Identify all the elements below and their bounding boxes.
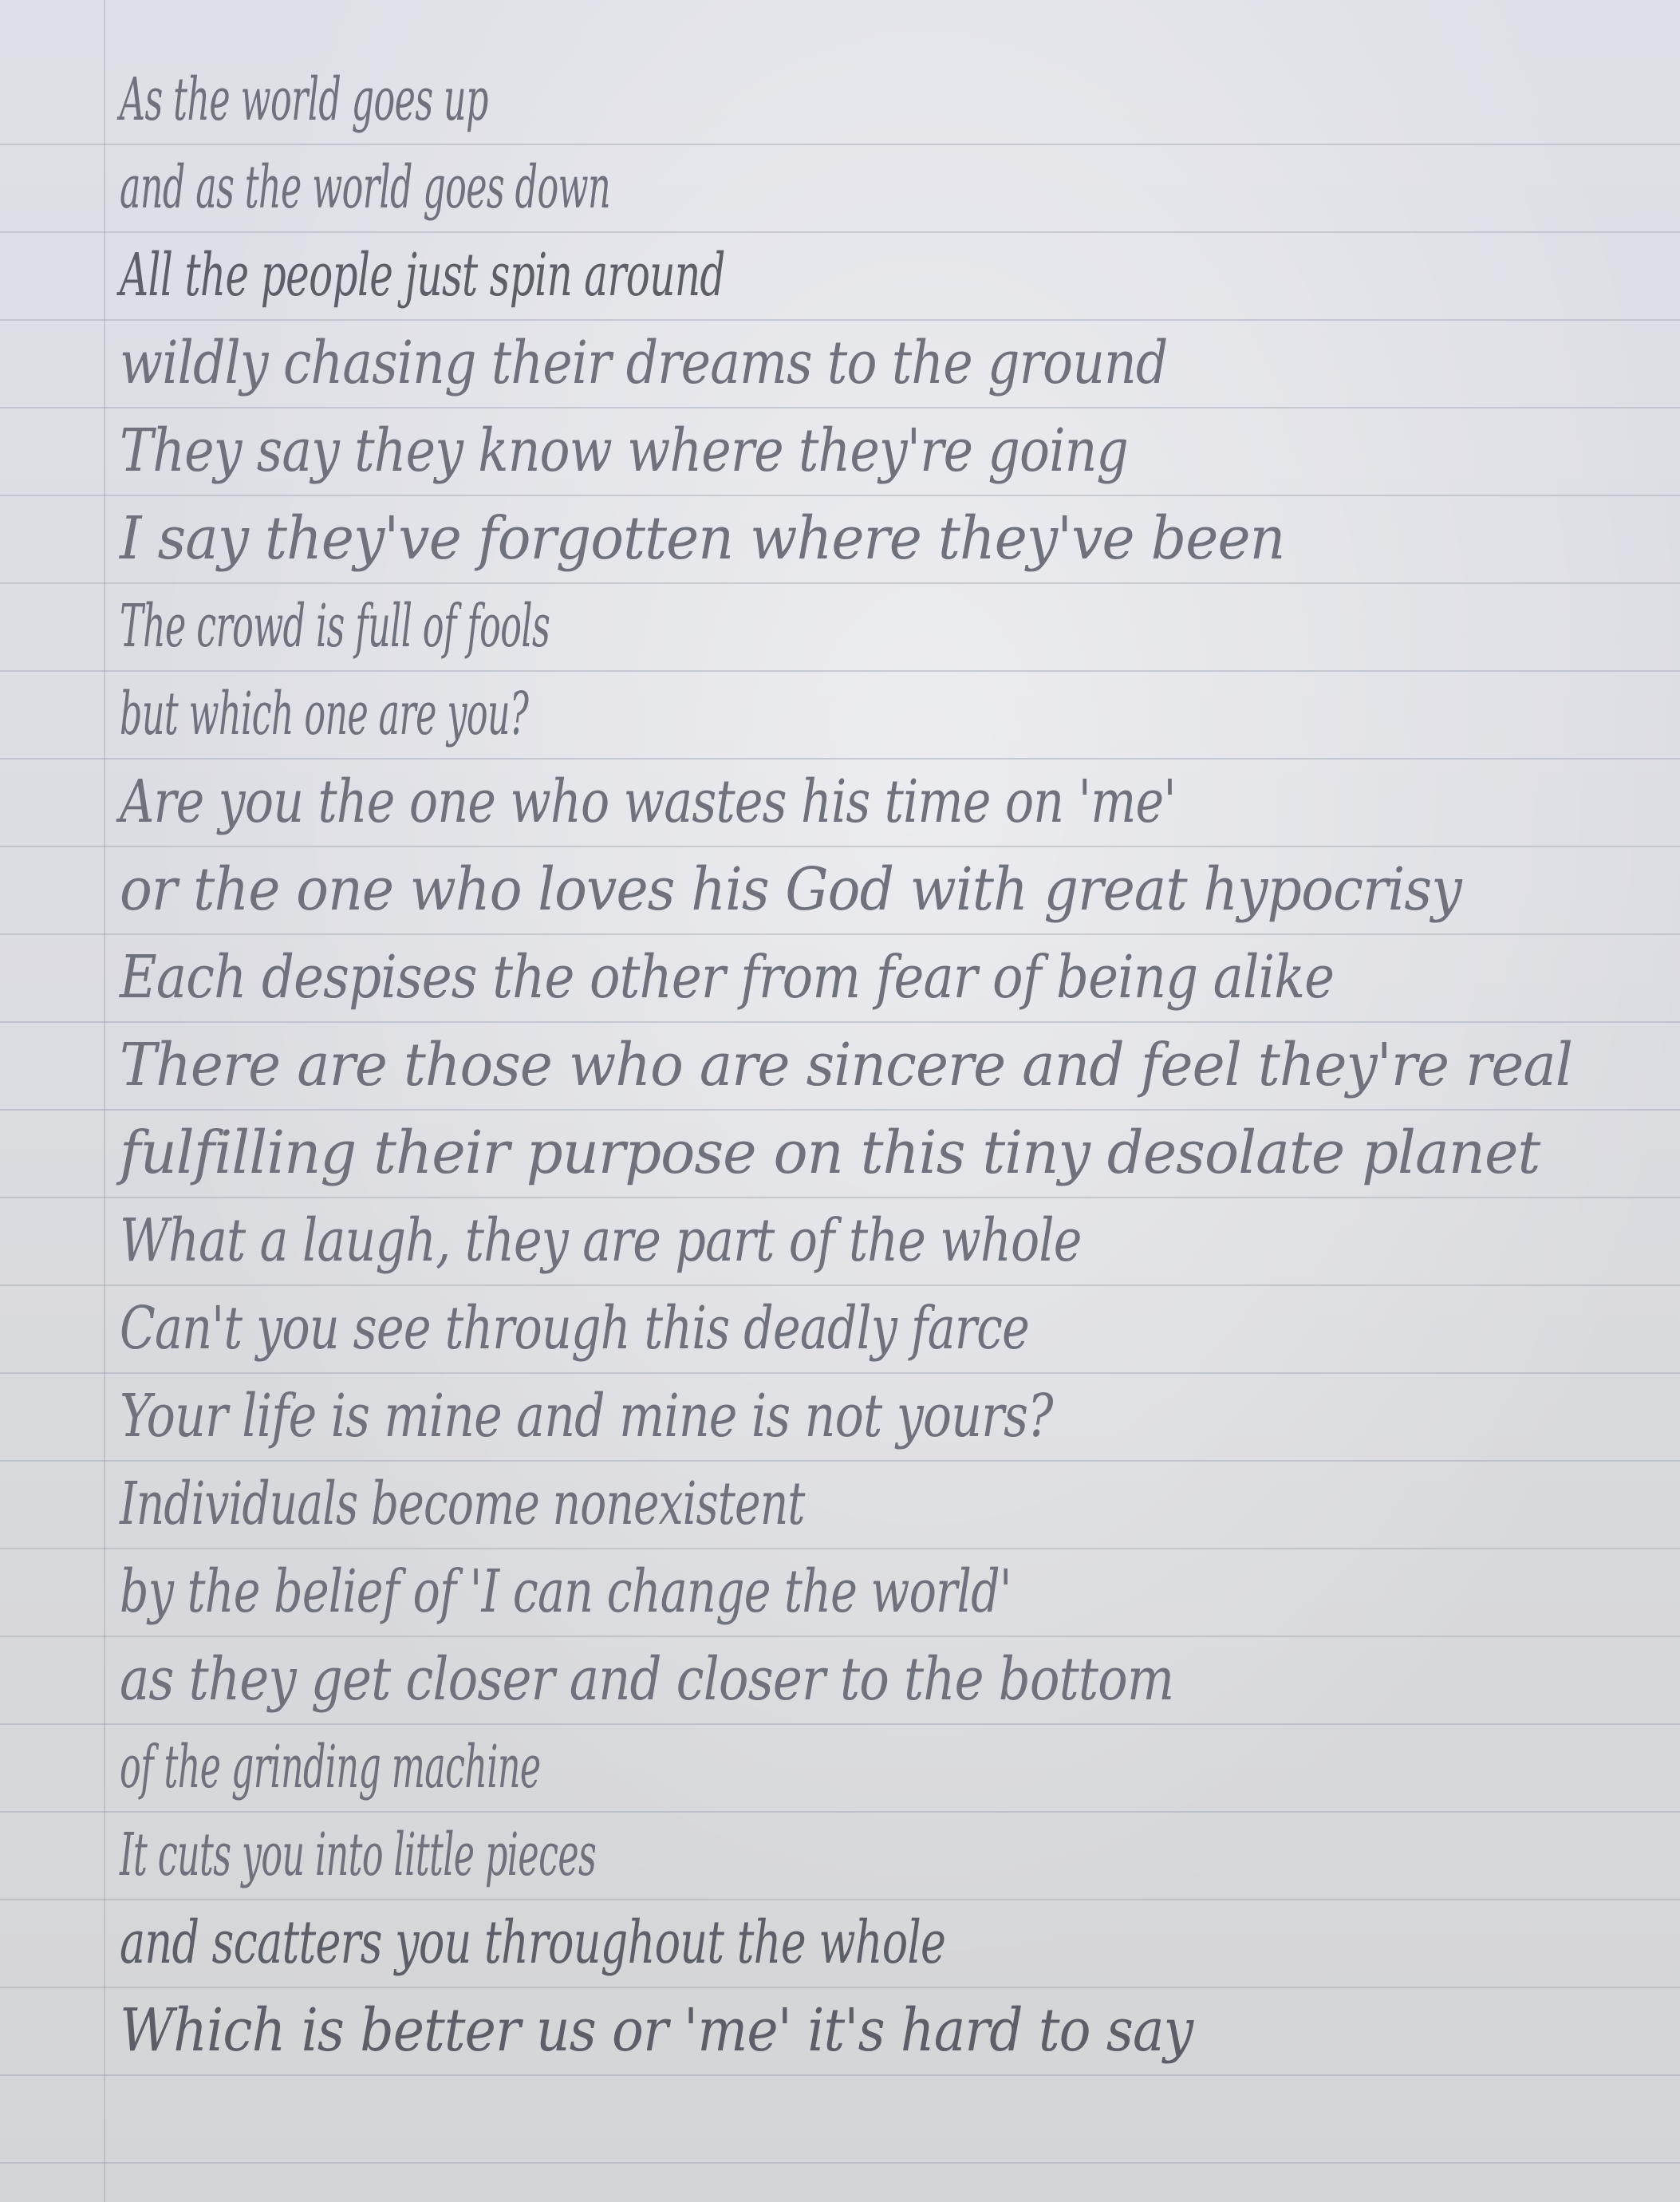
poem-line: Each despises the other from fear of bei…	[120, 933, 1445, 1021]
poem-line: and as the world goes down	[120, 144, 1039, 231]
poem-line: What a laugh, they are part of the whole	[120, 1197, 1365, 1284]
poem-line: It cuts you into little pieces	[120, 1811, 1039, 1899]
poem-line: The crowd is full of fools	[120, 582, 1039, 670]
poem-line: All the people just spin around	[120, 231, 1157, 319]
poem-line: as they get closer and closer to the bot…	[120, 1636, 1412, 1723]
notebook-page: As the world goes up and as the world go…	[0, 0, 1680, 2202]
poem-line: Are you the one who wastes his time on '…	[120, 758, 1365, 846]
poem-line: Your life is mine and mine is not yours?	[120, 1372, 1365, 1460]
poem-line: but which one are you?	[120, 670, 1039, 758]
rule-line	[0, 2162, 1680, 2164]
poem: As the world goes up and as the world go…	[120, 56, 1651, 2074]
poem-line: wildly chasing their dreams to the groun…	[120, 319, 1428, 407]
poem-line: and scatters you throughout the whole	[120, 1899, 1236, 1987]
poem-line: fulfilling their purpose on this tiny de…	[120, 1109, 1603, 1197]
poem-line: by the belief of 'I can change the world…	[120, 1548, 1300, 1636]
poem-line: Individuals become nonexistent	[120, 1460, 1253, 1548]
poem-line: or the one who loves his God with great …	[120, 846, 1524, 933]
rule-line	[0, 2074, 1680, 2076]
poem-line: of the grinding machine	[120, 1723, 1039, 1811]
poem-line: Can't you see through this deadly farce	[120, 1284, 1333, 1372]
poem-line: There are those who are sincere and feel…	[120, 1021, 1553, 1109]
margin-line	[104, 0, 105, 2202]
poem-line: As the world goes up	[120, 56, 1039, 144]
poem-line: They say they know where they're going	[120, 407, 1428, 495]
poem-line: Which is better us or 'me' it's hard to …	[120, 1987, 1492, 2074]
poem-line: I say they've forgotten where they've be…	[120, 495, 1556, 582]
